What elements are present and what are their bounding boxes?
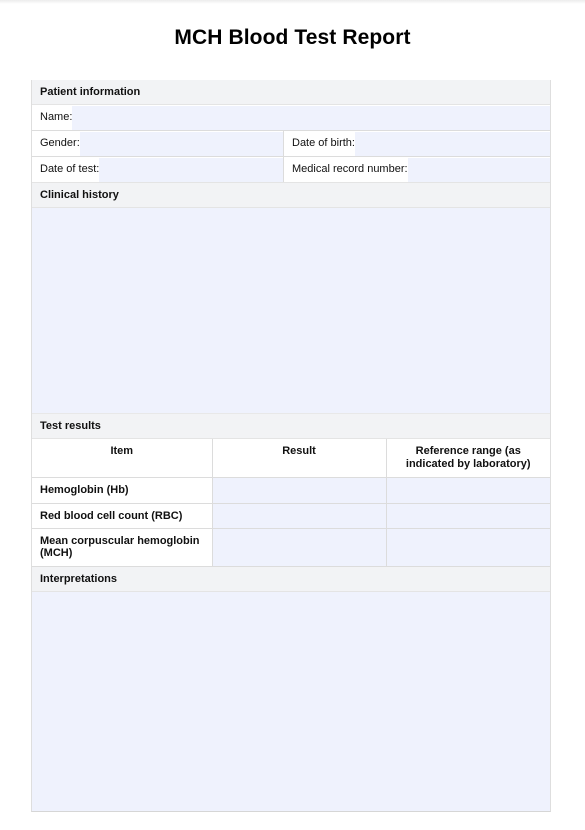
table-row: Red blood cell count (RBC) — [32, 503, 550, 528]
section-header-patient-information: Patient information — [32, 80, 550, 105]
clinical-history-field[interactable] — [32, 208, 550, 414]
gender-field[interactable] — [80, 132, 283, 156]
row-gender-dob: Gender: Date of birth: — [32, 131, 550, 157]
section-header-test-results: Test results — [32, 414, 550, 439]
section-header-clinical-history: Clinical history — [32, 183, 550, 208]
section-header-interpretations: Interpretations — [32, 567, 550, 592]
report-form: Patient information Name: Gender: Date o… — [31, 80, 551, 812]
reference-rbc-field[interactable] — [386, 503, 550, 528]
result-rbc-field[interactable] — [212, 503, 386, 528]
reference-mch-field[interactable] — [386, 528, 550, 566]
name-label: Name: — [32, 105, 72, 130]
result-mch-field[interactable] — [212, 528, 386, 566]
column-header-result: Result — [212, 439, 386, 477]
name-field[interactable] — [72, 106, 550, 130]
column-header-item: Item — [32, 439, 212, 477]
column-header-reference-range: Reference range (as indicated by laborat… — [386, 439, 550, 477]
mrn-cell: Medical record number: — [284, 157, 550, 182]
page-top-shadow — [0, 0, 585, 4]
reference-hemoglobin-field[interactable] — [386, 477, 550, 503]
interpretations-field[interactable] — [32, 592, 550, 811]
test-results-header-row: Item Result Reference range (as indicate… — [32, 439, 550, 477]
gender-cell: Gender: — [32, 131, 284, 156]
table-row: Hemoglobin (Hb) — [32, 477, 550, 503]
result-hemoglobin-field[interactable] — [212, 477, 386, 503]
row-name: Name: — [32, 105, 550, 131]
mrn-field[interactable] — [408, 158, 550, 182]
date-of-test-field[interactable] — [99, 158, 283, 182]
date-of-test-cell: Date of test: — [32, 157, 284, 182]
test-results-table: Item Result Reference range (as indicate… — [32, 439, 550, 567]
item-mch: Mean corpuscular hemoglobin (MCH) — [32, 528, 212, 566]
dob-cell: Date of birth: — [284, 131, 550, 156]
page-title: MCH Blood Test Report — [0, 26, 585, 50]
date-of-test-label: Date of test: — [32, 157, 99, 182]
item-hemoglobin: Hemoglobin (Hb) — [32, 477, 212, 503]
item-rbc: Red blood cell count (RBC) — [32, 503, 212, 528]
mrn-label: Medical record number: — [284, 157, 408, 182]
dob-field[interactable] — [355, 132, 550, 156]
dob-label: Date of birth: — [284, 131, 355, 156]
table-row: Mean corpuscular hemoglobin (MCH) — [32, 528, 550, 566]
row-date-of-test-mrn: Date of test: Medical record number: — [32, 157, 550, 183]
gender-label: Gender: — [32, 131, 80, 156]
name-cell: Name: — [32, 105, 550, 130]
